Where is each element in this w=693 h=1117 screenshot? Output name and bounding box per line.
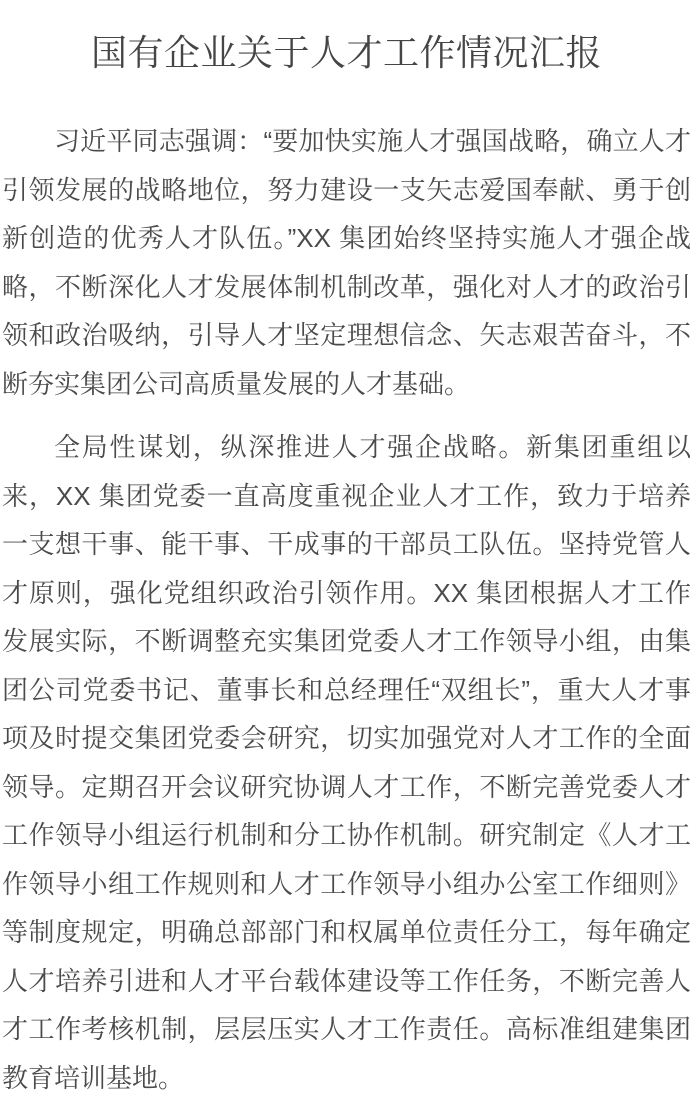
document-page: 国有企业关于人才工作情况汇报 习近平同志强调：“要加快实施人才强国战略，确立人才… — [0, 0, 693, 1117]
page-title: 国有企业关于人才工作情况汇报 — [2, 27, 691, 79]
body-paragraph-1: 习近平同志强调：“要加快实施人才强国战略，确立人才引领发展的战略地位，努力建设一… — [2, 117, 691, 408]
body-paragraph-2: 全局性谋划，纵深推进人才强企战略。新集团重组以来，XX 集团党委一直高度重视企业… — [2, 423, 691, 1102]
